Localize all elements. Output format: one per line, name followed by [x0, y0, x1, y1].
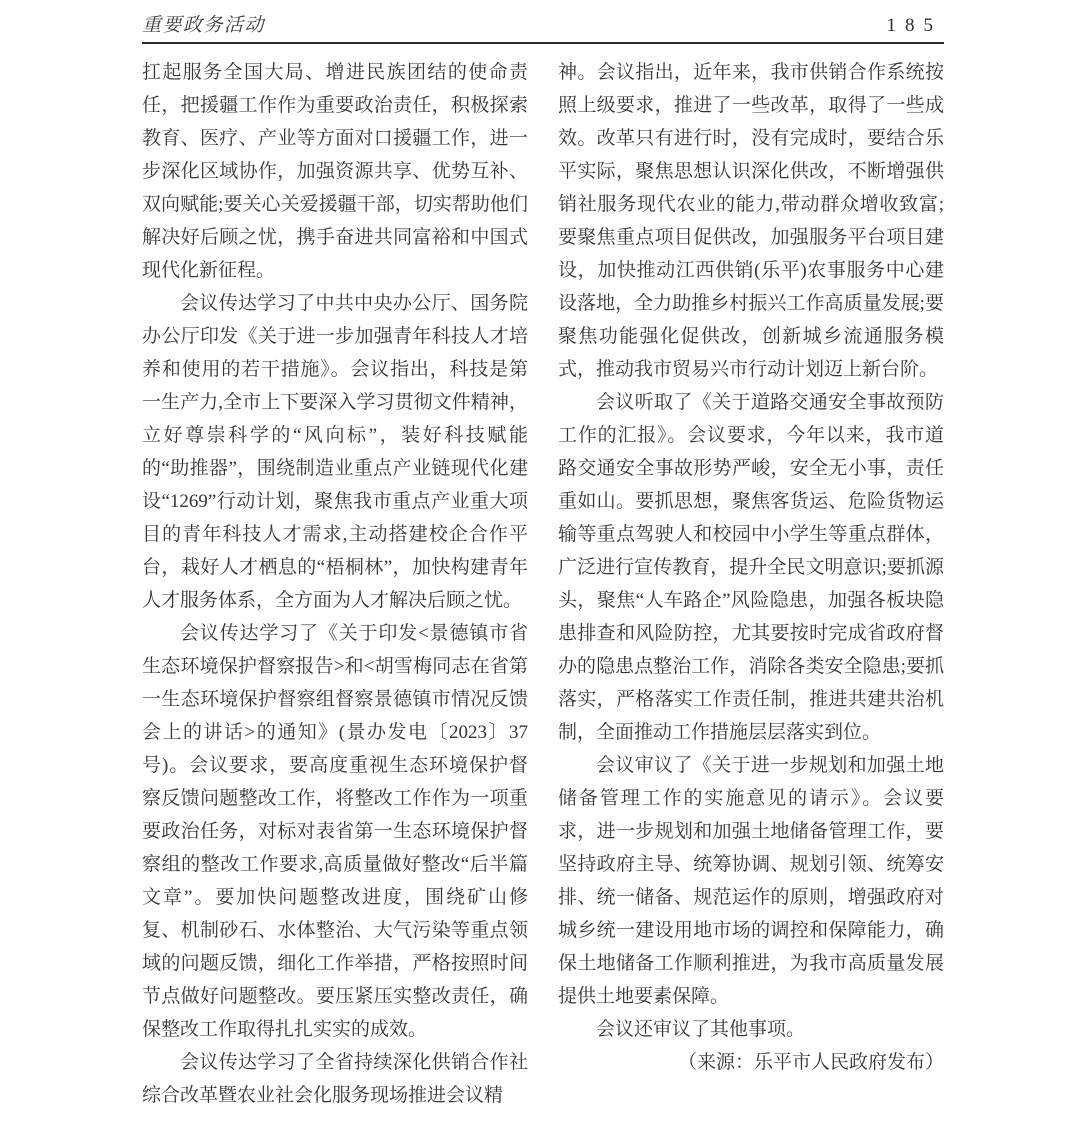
- source-attribution: （来源：乐平市人民政府发布）: [558, 1046, 944, 1079]
- paragraph-road-traffic-safety: 会议听取了《关于道路交通安全事故预防工作的汇报》。会议要求，今年以来，我市道路交…: [558, 386, 944, 749]
- page-header: 重要政务活动 185: [142, 10, 944, 44]
- section-title: 重要政务活动: [142, 10, 265, 37]
- left-column: 扛起服务全国大局、增进民族团结的使命责任，把援疆工作作为重要政治责任，积极探索教…: [142, 56, 528, 1112]
- document-page: 重要政务活动 185 扛起服务全国大局、增进民族团结的使命责任，把援疆工作作为重…: [0, 0, 1074, 1132]
- paragraph-continued-aid-xinjiang: 扛起服务全国大局、增进民族团结的使命责任，把援疆工作作为重要政治责任，积极探索教…: [142, 56, 528, 287]
- page-number: 185: [887, 15, 943, 37]
- paragraph-land-reserve: 会议审议了《关于进一步规划和加强土地储备管理工作的实施意见的请示》。会议要求，进…: [558, 749, 944, 1013]
- paragraph-supply-cooperative-start: 会议传达学习了全省持续深化供销合作社综合改革暨农业社会化服务现场推进会议精: [142, 1046, 528, 1112]
- paragraph-supply-cooperative-continued: 神。会议指出，近年来，我市供销合作系统按照上级要求，推进了一些改革，取得了一些成…: [558, 56, 944, 386]
- right-column: 神。会议指出，近年来，我市供销合作系统按照上级要求，推进了一些改革，取得了一些成…: [558, 56, 944, 1112]
- paragraph-youth-science-talent: 会议传达学习了中共中央办公厅、国务院办公厅印发《关于进一步加强青年科技人才培养和…: [142, 287, 528, 617]
- text-columns: 扛起服务全国大局、增进民族团结的使命责任，把援疆工作作为重要政治责任，积极探索教…: [142, 56, 944, 1112]
- paragraph-environment-inspection: 会议传达学习了《关于印发<景德镇市省生态环境保护督察报告>和<胡雪梅同志在省第一…: [142, 617, 528, 1046]
- paragraph-other-matters: 会议还审议了其他事项。: [558, 1013, 944, 1046]
